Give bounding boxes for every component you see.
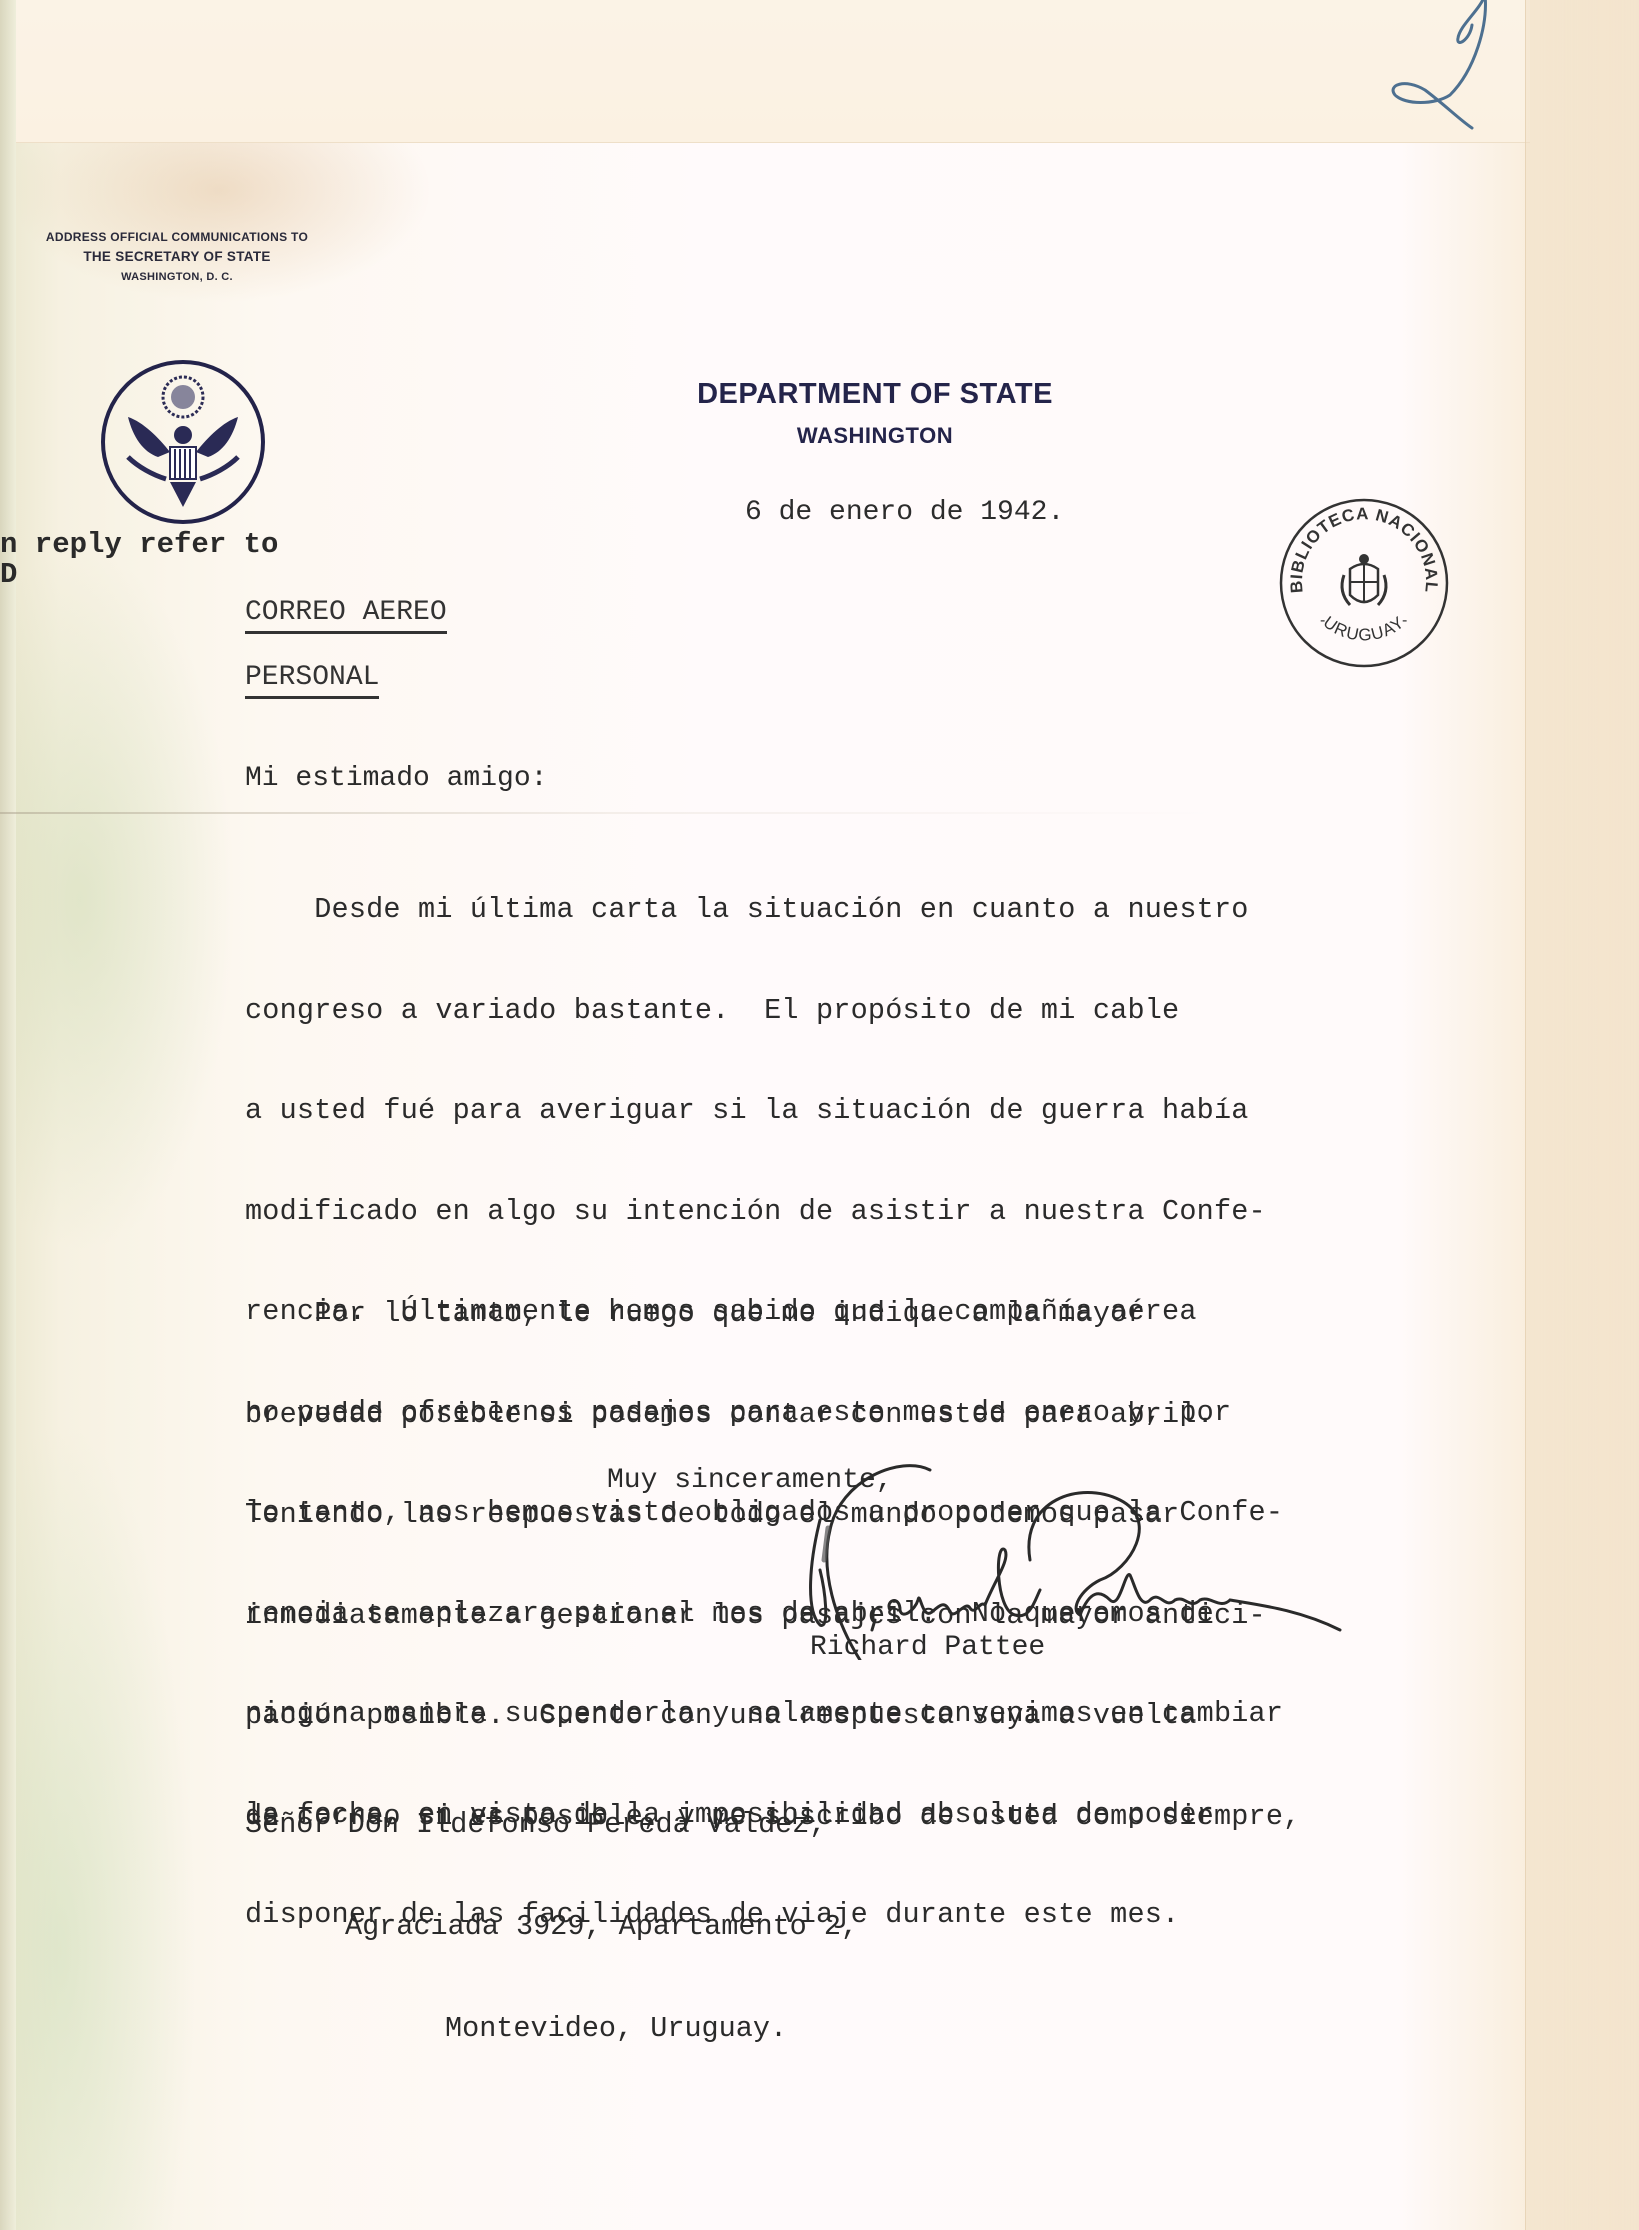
paragraph-line: Desde mi última carta la situación en cu… (245, 893, 1445, 927)
paragraph-line: Por lo tanto, le ruego que me indique a … (245, 1297, 1445, 1331)
salutation: Mi estimado amigo: (245, 763, 547, 794)
reply-reference-line2: D (0, 558, 17, 591)
stamp-bottom-text: URUGUAY (1320, 612, 1408, 644)
library-stamp-icon: BIBLIOTECA NACIONAL URUGUAY - - (1278, 497, 1450, 669)
letter-date: 6 de enero de 1942. (745, 497, 1064, 528)
department-title: DEPARTMENT OF STATE (600, 378, 1150, 411)
paragraph-line: pación posible. Cuento con una respuesta… (245, 1699, 1445, 1733)
recipient-line-3: Montevideo, Uruguay. (245, 2012, 858, 2046)
recipient-line-2: Agraciada 3929, Apartamento 2, (245, 1910, 858, 1944)
recipient-address: Señor Don Ildefonso Pereda Valdez, Agrac… (245, 1740, 858, 2080)
department-city: WASHINGTON (600, 423, 1150, 449)
letterhead-department: DEPARTMENT OF STATE WASHINGTON (600, 378, 1150, 449)
address-line-2: THE SECRETARY OF STATE (12, 249, 342, 264)
reply-reference: n reply refer to D (0, 530, 278, 590)
marking-personal: PERSONAL (245, 662, 379, 699)
signer-name: Richard Pattee (810, 1632, 1045, 1663)
folio-number-mark-icon (1390, 0, 1520, 135)
paragraph-line: a usted fué para averiguar si la situaci… (245, 1094, 1445, 1128)
svg-text:-: - (1402, 612, 1407, 629)
handwritten-signature-icon (780, 1460, 1400, 1660)
left-fold-edge (0, 0, 16, 2230)
reply-reference-line1: n reply refer to (0, 528, 278, 561)
overlapping-sheet-edge (0, 0, 1530, 143)
paragraph-line: brevedad posible si podemos contar con u… (245, 1398, 1445, 1432)
recipient-line-1: Señor Don Ildefonso Pereda Valdez, (245, 1808, 858, 1842)
marking-air-mail: CORREO AEREO (245, 597, 447, 634)
svg-text:-: - (1320, 612, 1325, 629)
great-seal-eagle-icon (98, 357, 268, 527)
paragraph-line: congreso a variado bastante. El propósit… (245, 994, 1445, 1028)
address-line-3: WASHINGTON, D. C. (12, 271, 342, 283)
uruguay-coat-of-arms-icon (1342, 554, 1386, 605)
letterhead-address: ADDRESS OFFICIAL COMMUNICATIONS TO THE S… (12, 230, 342, 283)
address-line-1: ADDRESS OFFICIAL COMMUNICATIONS TO (12, 230, 342, 244)
paper-crease (0, 812, 1530, 814)
paragraph-line: modificado en algo su intención de asist… (245, 1195, 1445, 1229)
svg-text:URUGUAY: URUGUAY (1320, 612, 1408, 644)
right-page-edge (1525, 0, 1639, 2230)
